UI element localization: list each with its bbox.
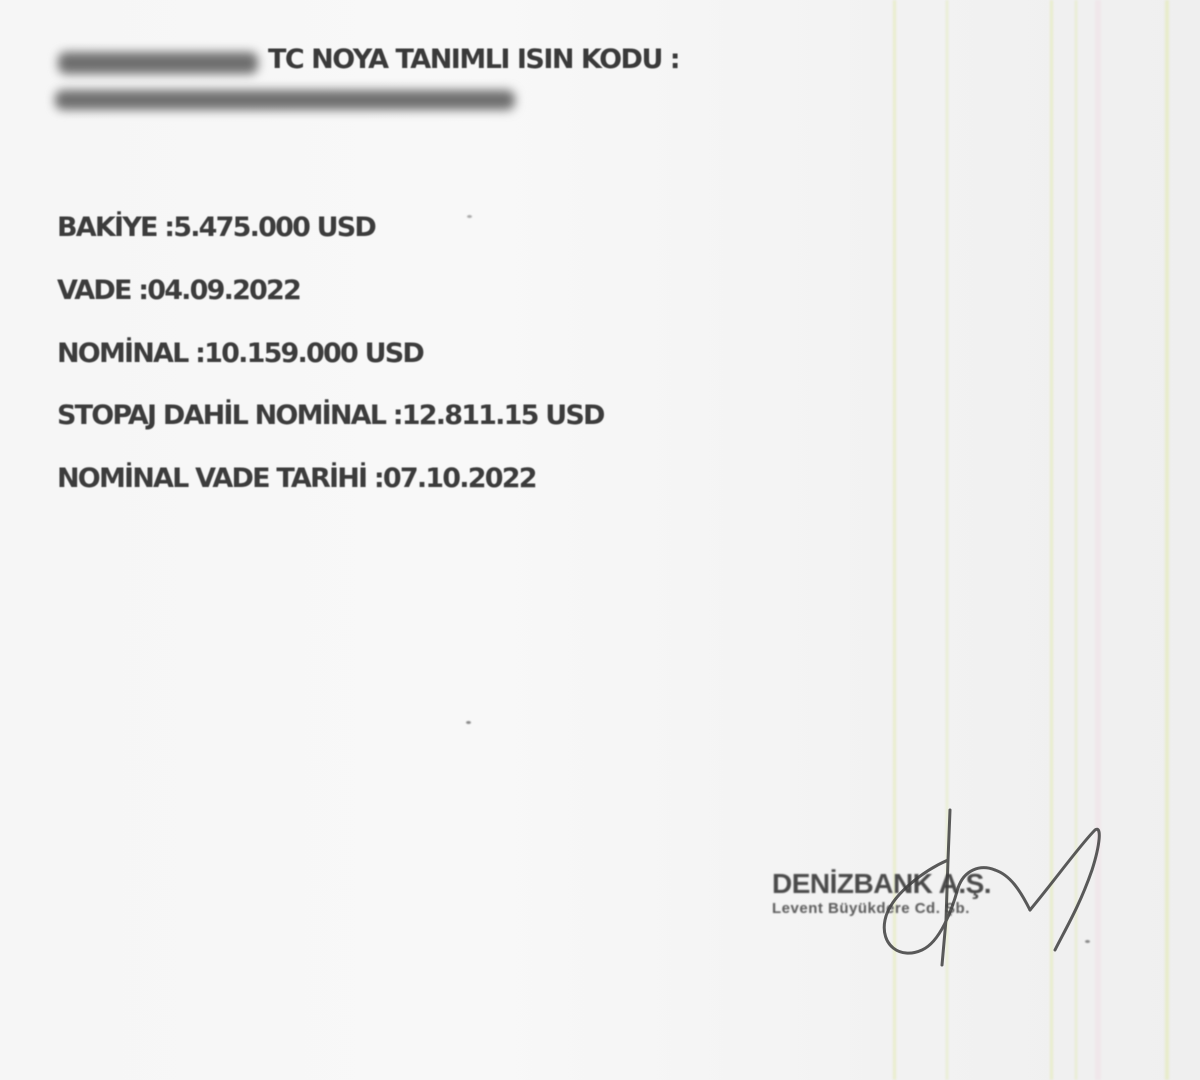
field-vade: VADE :04.09.2022 bbox=[57, 275, 300, 306]
scan-speck bbox=[467, 215, 472, 218]
scan-speck bbox=[466, 721, 471, 724]
isin-code-heading: TC NOYA TANIMLI ISIN KODU : bbox=[268, 44, 679, 75]
scanned-document-page: TC NOYA TANIMLI ISIN KODU : BAKİYE :5.47… bbox=[0, 0, 1200, 1080]
field-stopaj-dahil-nominal: STOPAJ DAHİL NOMİNAL :12.811.15 USD bbox=[57, 400, 604, 431]
redacted-prefix bbox=[58, 52, 258, 74]
field-bakiye: BAKİYE :5.475.000 USD bbox=[57, 212, 375, 243]
field-nominal-vade-tarihi: NOMİNAL VADE TARİHİ :07.10.2022 bbox=[57, 463, 536, 494]
redacted-isin-code bbox=[55, 90, 515, 110]
scan-streak bbox=[1165, 0, 1169, 1080]
signature-icon bbox=[830, 800, 1120, 980]
field-nominal: NOMİNAL :10.159.000 USD bbox=[57, 338, 423, 369]
